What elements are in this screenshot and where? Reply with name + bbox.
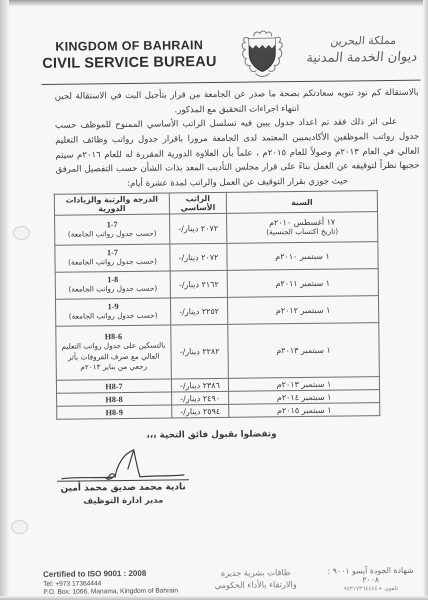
footer-slogan: طاقات بشرية جديرة والارتقاء بالأداء الحك… [201, 567, 311, 590]
letterhead: KINGDOM OF BAHRAIN CIVIL SERVICE BUREAU … [42, 28, 419, 84]
table-row: ١٧ أغسطس ٢٠١٠م(تاريخ اكتساب الجنسية) -/٢… [55, 212, 378, 246]
phone-ar: تلفون +٩٧٣١٧٣٦٤٤٤٤ [318, 586, 423, 593]
salary-value: -/٢٥٩٤ دينار [172, 404, 229, 418]
grade-value: H8-8 [60, 394, 168, 404]
year-value: ١ سبتمبر ٢٠١١م [231, 278, 375, 289]
salary-table: السنة الراتب الأساسي الدرجة والرتبة والز… [54, 190, 381, 420]
kingdom-title-en: KINGDOM OF BAHRAIN [42, 38, 216, 54]
col-basic-salary: الراتب الأساسي [169, 192, 226, 214]
year-value: ١ سبتمبر ٢٠١٠م [230, 251, 374, 262]
paragraph-salary-history: على اثر ذلك فقد تم اعداد جدول يبين فيه ت… [55, 115, 420, 193]
year-value: ١ سبتمبر ٢٠١٥م [232, 405, 376, 416]
slogan-line1: طاقات بشرية جديرة [201, 567, 311, 578]
footer-english: Certified to ISO 9001 : 2008 Tel: +973 1… [43, 568, 193, 596]
table-row: ١ سبتمبر ٢٠١٥م -/٢٥٩٤ دينار H8-9 [57, 403, 380, 420]
bureau-title-ar: ديوان الخدمة المدنية [306, 50, 418, 66]
iso-certification-en: Certified to ISO 9001 : 2008 [43, 568, 193, 579]
salary-value: -/٢٤٩٠ دينار [172, 391, 229, 405]
signature-block: نادية محمد صديق محمد أمين مدير ادارة الت… [57, 446, 190, 505]
table-row: ١ سبتمبر ٢٠١٢م -/٢٢٥٢ دينار 1-9(حسب جدول… [55, 296, 378, 327]
letter-page: KINGDOM OF BAHRAIN CIVIL SERVICE BUREAU … [0, 0, 428, 600]
grade-note: بالتسكين على جدول رواتب التعليم العالي م… [59, 341, 167, 374]
grade-note: (حسب جدول رواتب الجامعة) [59, 311, 167, 323]
year-value: ١ سبتمبر ٢٠١٢م [231, 305, 375, 316]
grade-note: (حسب جدول رواتب الجامعة) [58, 228, 166, 240]
grade-note: (حسب جدول رواتب الجامعة) [59, 257, 167, 269]
footer-arabic: شهادة الجودة آيسو ٩٠٠١ : ٢٠٠٨ تلفون +٩٧٣… [318, 566, 423, 593]
salary-value: -/٢٢٨٢ دينار [171, 324, 229, 379]
salary-value: -/٢٢٥٢ دينار [170, 297, 227, 325]
salary-value: -/٢١٦٢ دينار [170, 270, 227, 298]
table-row: ١ سبتمبر ٢٠١٣م -/٢٢٨٢ دينار H8-6بالتسكين… [56, 323, 380, 381]
kingdom-title-ar: مملكة البحرين [308, 34, 420, 48]
letterhead-arabic: مملكة البحرين ديوان الخدمة المدنية [306, 34, 420, 66]
bureau-title-en: CIVIL SERVICE BUREAU [42, 54, 216, 72]
signature-mark [58, 446, 188, 483]
grade-value: H8-7 [60, 381, 168, 391]
slogan-line2: والارتقاء بالأداء الحكومي [201, 579, 311, 590]
page-footer: Certified to ISO 9001 : 2008 Tel: +973 1… [43, 566, 423, 596]
year-note: (تاريخ اكتساب الجنسية) [230, 226, 374, 238]
salary-value: -/٢٣٨٦ دينار [171, 378, 228, 392]
bahrain-coat-of-arms-icon [239, 29, 286, 82]
letterhead-english: KINGDOM OF BAHRAIN CIVIL SERVICE BUREAU [42, 38, 217, 72]
grade-value: H8-9 [60, 407, 168, 417]
col-grade: الدرجة والرتبة والزيادات الدورية [54, 193, 169, 215]
col-year: السنة [226, 191, 377, 214]
signatory-title: مدير ادارة التوظيف [57, 494, 189, 505]
table-row: ١ سبتمبر ٢٠١١م -/٢١٦٢ دينار 1-8(حسب جدول… [55, 269, 378, 300]
year-value: ١ سبتمبر ٢٠١٤م [232, 392, 376, 403]
signatory-name: نادية محمد صديق محمد أمين [57, 479, 189, 493]
grade-note: (حسب جدول رواتب الجامعة) [59, 284, 167, 296]
iso-certification-ar: شهادة الجودة آيسو ٩٠٠١ : ٢٠٠٨ [318, 566, 423, 585]
salary-value: -/٢٠٧٢ دينار [170, 243, 227, 271]
year-value: ١ سبتمبر ٢٠١٣م [232, 345, 376, 356]
salary-value: -/٢٠٧٢ دينار [170, 213, 227, 244]
address-en: P.O. Box: 1066, Manama, Kingdom of Bahra… [43, 587, 193, 596]
closing-salutation: وتفضلوا بقبول فائق التحية ،،، [146, 429, 276, 440]
table-row: ١ سبتمبر ٢٠١٠م -/٢٠٧٢ دينار 1-7(حسب جدول… [55, 242, 378, 273]
year-value: ١ سبتمبر ٢٠١٣م [232, 379, 376, 390]
